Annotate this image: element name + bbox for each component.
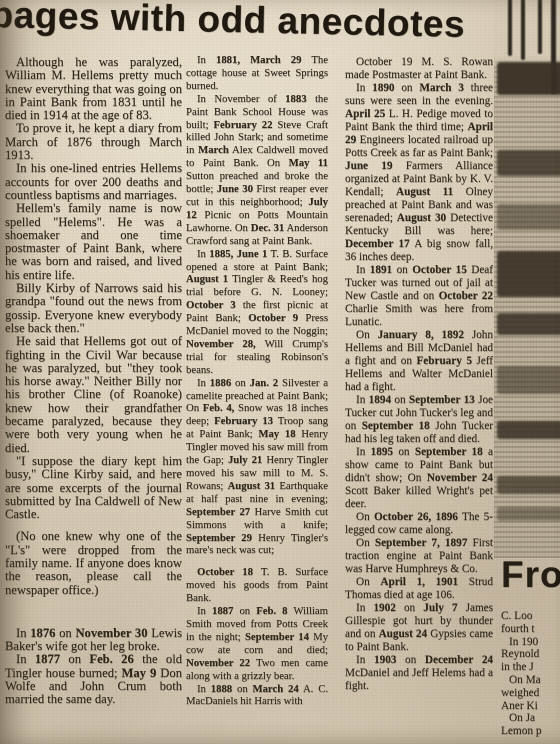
article-paragraph: In his one-lined entries Hellems account… <box>5 162 182 202</box>
side-column-line: In 190 <box>501 636 560 649</box>
side-column-line: fourth t <box>501 623 560 636</box>
side-column-line: weighed <box>501 687 560 700</box>
article-paragraph: (No one knew why one of the "L's" were d… <box>5 530 182 596</box>
side-column-line: in the J <box>501 661 560 674</box>
photo-dark-smudge <box>497 251 560 297</box>
article-paragraph: On April 1, 1901 Strud Thomas died at ag… <box>345 576 493 602</box>
article-paragraph: In 1888 on March 24 A. C. MacDaniels hit… <box>186 683 328 709</box>
article-paragraph: In 1895 on September 18 a show came to P… <box>345 446 493 511</box>
article-paragraph: In 1891 on October 15 Deaf Tucker was tu… <box>345 264 493 329</box>
ink-streak <box>521 0 525 60</box>
article-paragraph: In 1894 on September 13 Joe Tucker cut J… <box>345 394 493 446</box>
article-paragraph: In 1877 on Feb. 26 the old Tingler house… <box>5 653 182 706</box>
article-paragraph: On January 8, 1892 John Hellems and Bill… <box>345 329 493 394</box>
article-paragraph: On September 7, 1897 First traction engi… <box>345 537 493 576</box>
ink-streak <box>508 0 512 56</box>
side-column-line: Aner Ki <box>501 700 560 713</box>
side-column-line: On Ja <box>501 712 560 725</box>
photo-dark-smudge <box>497 62 560 95</box>
photo-dark-smudge <box>497 313 560 335</box>
article-paragraph: In 1885, June 1 T. B. Surface opened a s… <box>186 248 328 377</box>
newspaper-page-photo: pages with odd anecdotes Although he was… <box>0 0 560 744</box>
article-column-2: In 1881, March 29 The cottage house at S… <box>186 54 328 708</box>
adjacent-page-dark-strip <box>494 0 560 558</box>
article-paragraph: In 1886 on Jan. 2 Silvester a camelite p… <box>186 377 328 558</box>
article-paragraph: Billy Kirby of Narrows said his grandpa … <box>5 282 182 335</box>
article-paragraph: "I suppose the diary kept him busy," Cli… <box>5 455 182 521</box>
article-column-3: October 19 M. S. Rowan made Postmaster a… <box>345 56 493 693</box>
side-article-fragment: Fro C. Loofourth tIn 190Reynoldin the JO… <box>501 552 560 744</box>
article-paragraph: October 18 T. B. Surface moved his goods… <box>186 566 328 605</box>
article-paragraph: In November of 1883 the Paint Bank Schoo… <box>186 93 328 248</box>
article-paragraph: October 19 M. S. Rowan made Postmaster a… <box>345 56 493 82</box>
side-column-line: Reynold <box>501 648 560 661</box>
side-article-headline: Fro <box>501 554 560 596</box>
article-paragraph: On October 26, 1896 The 5-legged cow cam… <box>345 511 493 537</box>
photo-dark-smudge <box>497 150 560 176</box>
article-paragraph: Hellem's family name is now spelled "Hel… <box>5 202 182 282</box>
photo-dark-smudge <box>497 507 560 521</box>
article-paragraph: In 1887 on Feb. 8 William Smith moved fr… <box>186 605 328 682</box>
side-column-line: On Ma <box>501 674 560 687</box>
page-headline: pages with odd anecdotes <box>0 0 465 46</box>
photo-dark-smudge <box>497 421 560 439</box>
article-paragraph: In 1903 on December 24 McDaniel and Jeff… <box>345 654 493 693</box>
photo-dark-smudge <box>497 476 560 494</box>
article-paragraph: Although he was paralyzed, William M. He… <box>5 56 182 122</box>
article-column-1: Although he was paralyzed, William M. He… <box>5 56 182 707</box>
photo-dark-smudge <box>497 366 560 394</box>
article-paragraph: In 1881, March 29 The cottage house at S… <box>186 54 328 93</box>
article-paragraph: In 1890 on March 3 three suns were seen … <box>345 82 493 264</box>
ink-streak <box>538 0 542 54</box>
article-paragraph: In 1902 on July 7 James Gillespie got hu… <box>345 602 493 654</box>
article-paragraph: He said that Hellems got out of fighting… <box>5 335 182 455</box>
article-paragraph: In 1876 on November 30 Lewis Baker's wif… <box>5 627 182 654</box>
side-article-text: C. Loofourth tIn 190Reynoldin the JOn Ma… <box>501 610 560 738</box>
photo-dark-smudge <box>497 204 560 230</box>
article-paragraph: To prove it, he kept a diary from March … <box>5 122 182 162</box>
side-column-line: Lemon p <box>501 725 560 738</box>
side-column-line: C. Loo <box>501 610 560 623</box>
